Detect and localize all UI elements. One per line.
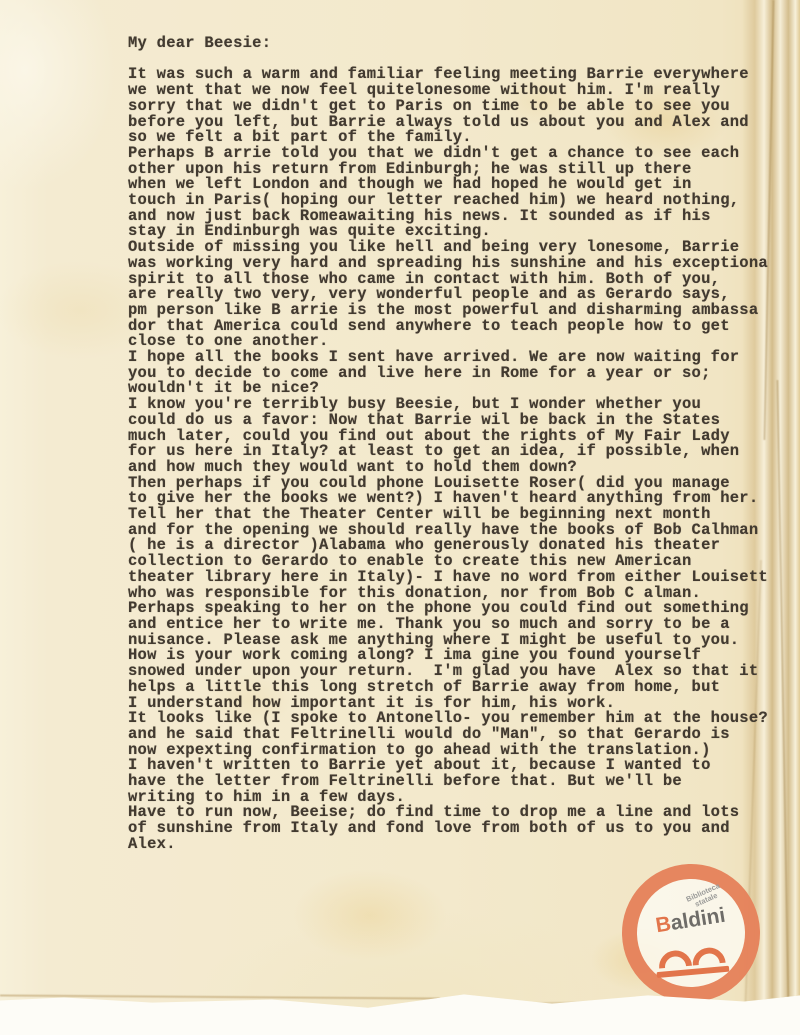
letter-body: It was such a warm and familiar feeling … <box>128 67 788 852</box>
paper-fold-line <box>0 994 440 999</box>
letter-salutation: My dear Beesie: <box>128 36 788 52</box>
library-stamp: Biblioteca statale Baldini <box>620 862 763 1005</box>
typewritten-letter: My dear Beesie: It was such a warm and f… <box>128 36 788 853</box>
letter-paper: My dear Beesie: It was such a warm and f… <box>0 0 800 1022</box>
open-book-icon <box>652 934 732 987</box>
library-stamp-inner: Biblioteca statale Baldini <box>635 877 747 989</box>
paper-fold-line <box>440 1000 680 1006</box>
